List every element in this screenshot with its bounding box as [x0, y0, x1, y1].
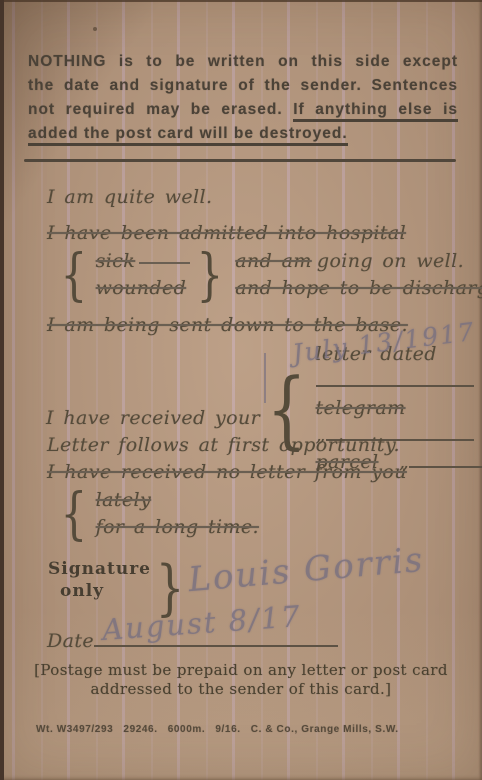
sick-wounded-block: { sick wounded } and am going on well. a… — [56, 248, 482, 304]
pencil-stroke — [264, 353, 266, 403]
phrase-received-your: I have received your — [46, 407, 260, 429]
field-service-postcard: NOTHING is to be written on this side ex… — [0, 0, 482, 780]
phrase-going-on-well: going on well. — [317, 250, 464, 272]
printer-imprint: Wt. W3497/293 29246. 6000m. 9/16. C. & C… — [36, 724, 399, 735]
pencil-strike-extension — [139, 262, 189, 264]
instruction-line: the date and signature of the sender. Se… — [28, 74, 458, 98]
only-label: only — [60, 580, 151, 602]
instruction-text: not required may be erased. — [28, 101, 283, 118]
phrase-lately: lately — [96, 489, 152, 511]
lately-block: { lately for a long time. — [56, 487, 259, 543]
instruction-line: added the post card will be destroyed. — [28, 122, 458, 146]
brace-open: { — [60, 487, 87, 543]
instruction-line: NOTHING is to be written on this side ex… — [28, 50, 458, 74]
divider-rule — [24, 159, 456, 162]
phrase-and-am: and am — [235, 250, 312, 272]
ink-speck — [93, 27, 97, 31]
phrase-wounded: wounded — [96, 275, 187, 302]
blank-line-letter-date — [316, 368, 474, 387]
phrase-telegram: telegram — [316, 397, 406, 419]
instructions-paragraph: NOTHING is to be written on this side ex… — [28, 50, 458, 146]
instruction-text: the date and signature of the sender. Se… — [28, 77, 458, 94]
phrase-quite-well: I am quite well. — [47, 186, 212, 208]
handwritten-signature: Louis Gorris — [187, 540, 426, 600]
signature-label: Signature — [48, 558, 151, 580]
phrase-long-time: for a long time. — [96, 516, 259, 538]
instruction-text: NOTHING is to be written on this side ex… — [28, 53, 458, 70]
date-label: Date — [47, 630, 94, 652]
underlined-warning: added the post card will be destroyed. — [28, 125, 348, 146]
brace-open: { — [60, 248, 87, 304]
phrase-no-letter: I have received no letter from you — [47, 461, 407, 483]
phrase-sick: sick — [96, 248, 136, 275]
phrase-admitted-hospital: I have been admitted into hospital — [47, 222, 406, 244]
postage-note: [Postage must be prepaid on any letter o… — [0, 661, 482, 699]
underlined-warning: If anything else is — [293, 101, 458, 122]
brace-close: } — [196, 248, 223, 304]
phrase-discharged-soon: and hope to be discharged soon. — [235, 277, 482, 299]
instruction-line: not required may be erased. If anything … — [28, 98, 458, 122]
blank-line-parcel-date — [409, 449, 482, 468]
phrase-letter-follows: Letter follows at first opportunity. — [47, 434, 400, 456]
postage-note-line: [Postage must be prepaid on any letter o… — [0, 661, 482, 680]
postage-note-line: addressed to the sender of this card.] — [0, 680, 482, 699]
